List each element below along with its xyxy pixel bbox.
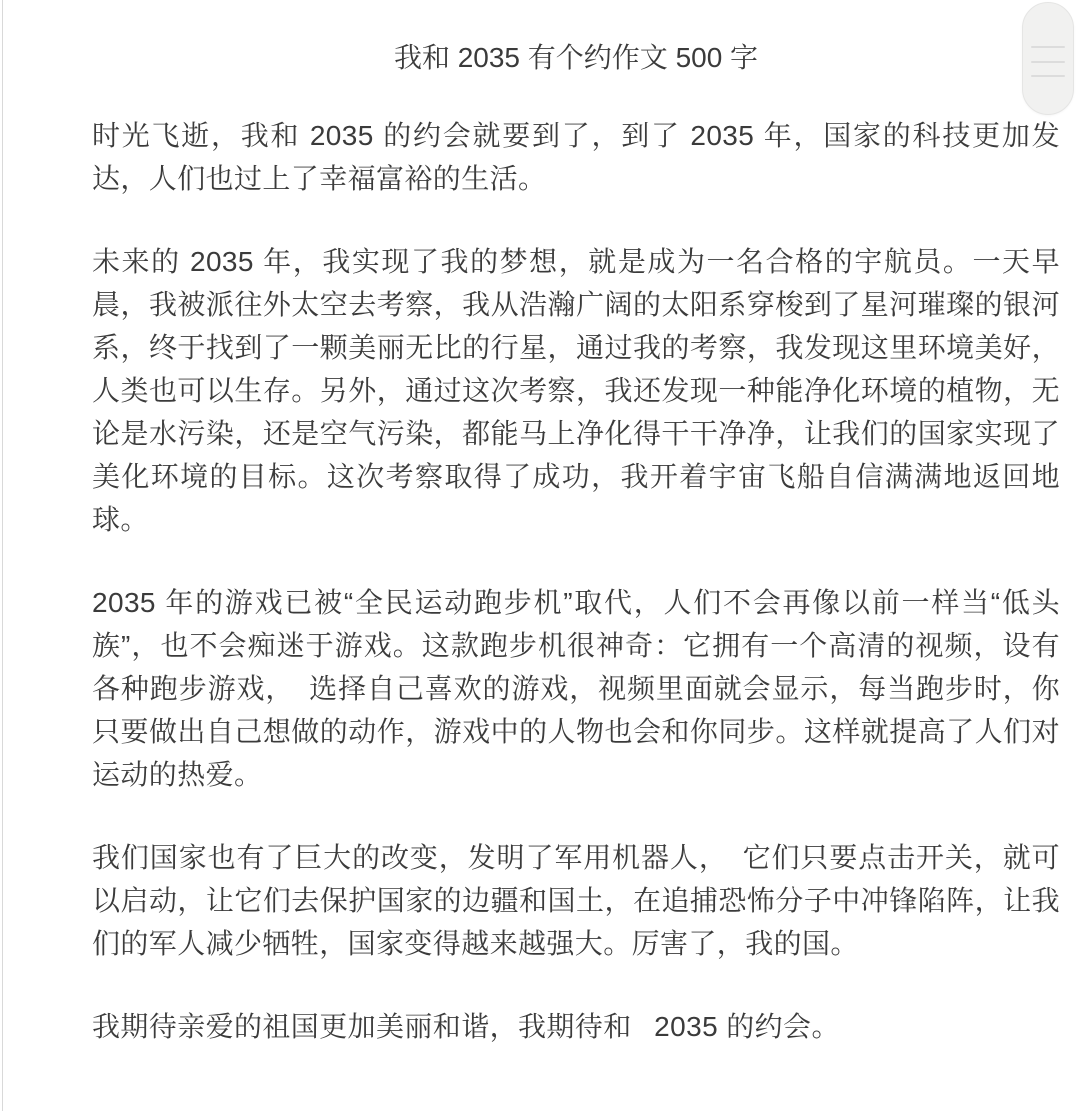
essay-page: 我和 2035 有个约作文 500 字 时光飞逝，我和 2035 的约会就要到了…	[0, 0, 1076, 1048]
grip-line-icon	[1031, 46, 1065, 48]
essay-paragraph-5: 我期待亲爱的祖国更加美丽和谐，我期待和 2035 的约会。	[92, 1005, 1060, 1048]
essay-paragraph-2: 未来的 2035 年，我实现了我的梦想，就是成为一名合格的宇航员。一天早晨，我被…	[92, 240, 1060, 541]
essay-title: 我和 2035 有个约作文 500 字	[92, 42, 1060, 74]
window-left-border	[2, 0, 3, 1111]
fast-scroll-handle[interactable]	[1022, 2, 1074, 115]
essay-paragraph-3: 2035 年的游戏已被“全民运动跑步机”取代，人们不会再像以前一样当“低头族”，…	[92, 581, 1060, 796]
essay-paragraph-4: 我们国家也有了巨大的改变，发明了军用机器人， 它们只要点击开关，就可以启动，让它…	[92, 836, 1060, 965]
grip-line-icon	[1031, 75, 1065, 77]
essay-paragraph-1: 时光飞逝，我和 2035 的约会就要到了，到了 2035 年，国家的科技更加发达…	[92, 114, 1060, 200]
grip-line-icon	[1031, 61, 1065, 63]
